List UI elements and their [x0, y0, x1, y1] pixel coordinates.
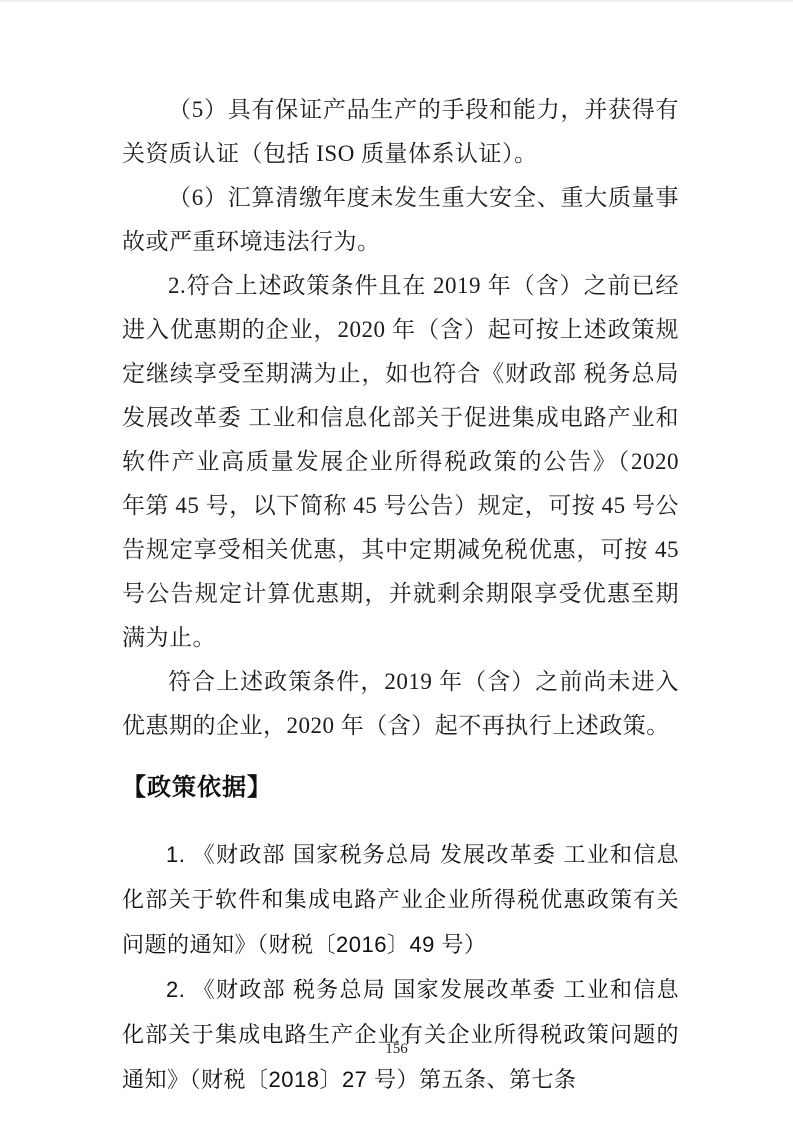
body-paragraph-6: （6）汇算清缴年度未发生重大安全、重大质量事故或严重环境违法行为。: [122, 176, 679, 264]
body-paragraph-policy-2: 2.符合上述政策条件且在 2019 年（含）之前已经进入优惠期的企业，2020 …: [122, 264, 679, 660]
section-heading-policy-basis: 【政策依据】: [122, 766, 679, 810]
page-number: 156: [385, 1041, 408, 1057]
page-content: （5）具有保证产品生产的手段和能力，并获得有关资质认证（包括 ISO 质量体系认…: [0, 2, 793, 1102]
reference-item-1: 1. 《财政部 国家税务总局 发展改革委 工业和信息化部关于软件和集成电路产业企…: [122, 832, 679, 967]
reference-list: 1. 《财政部 国家税务总局 发展改革委 工业和信息化部关于软件和集成电路产业企…: [122, 832, 679, 1102]
document-page: （5）具有保证产品生产的手段和能力，并获得有关资质认证（包括 ISO 质量体系认…: [0, 0, 793, 1122]
reference-item-2: 2. 《财政部 税务总局 国家发展改革委 工业和信息化部关于集成电路生产企业有关…: [122, 967, 679, 1102]
body-paragraph-5: （5）具有保证产品生产的手段和能力，并获得有关资质认证（包括 ISO 质量体系认…: [122, 88, 679, 176]
body-paragraph-policy-2-continued: 符合上述政策条件，2019 年（含）之前尚未进入优惠期的企业，2020 年（含）…: [122, 660, 679, 748]
page-footer: 156: [0, 1040, 793, 1058]
